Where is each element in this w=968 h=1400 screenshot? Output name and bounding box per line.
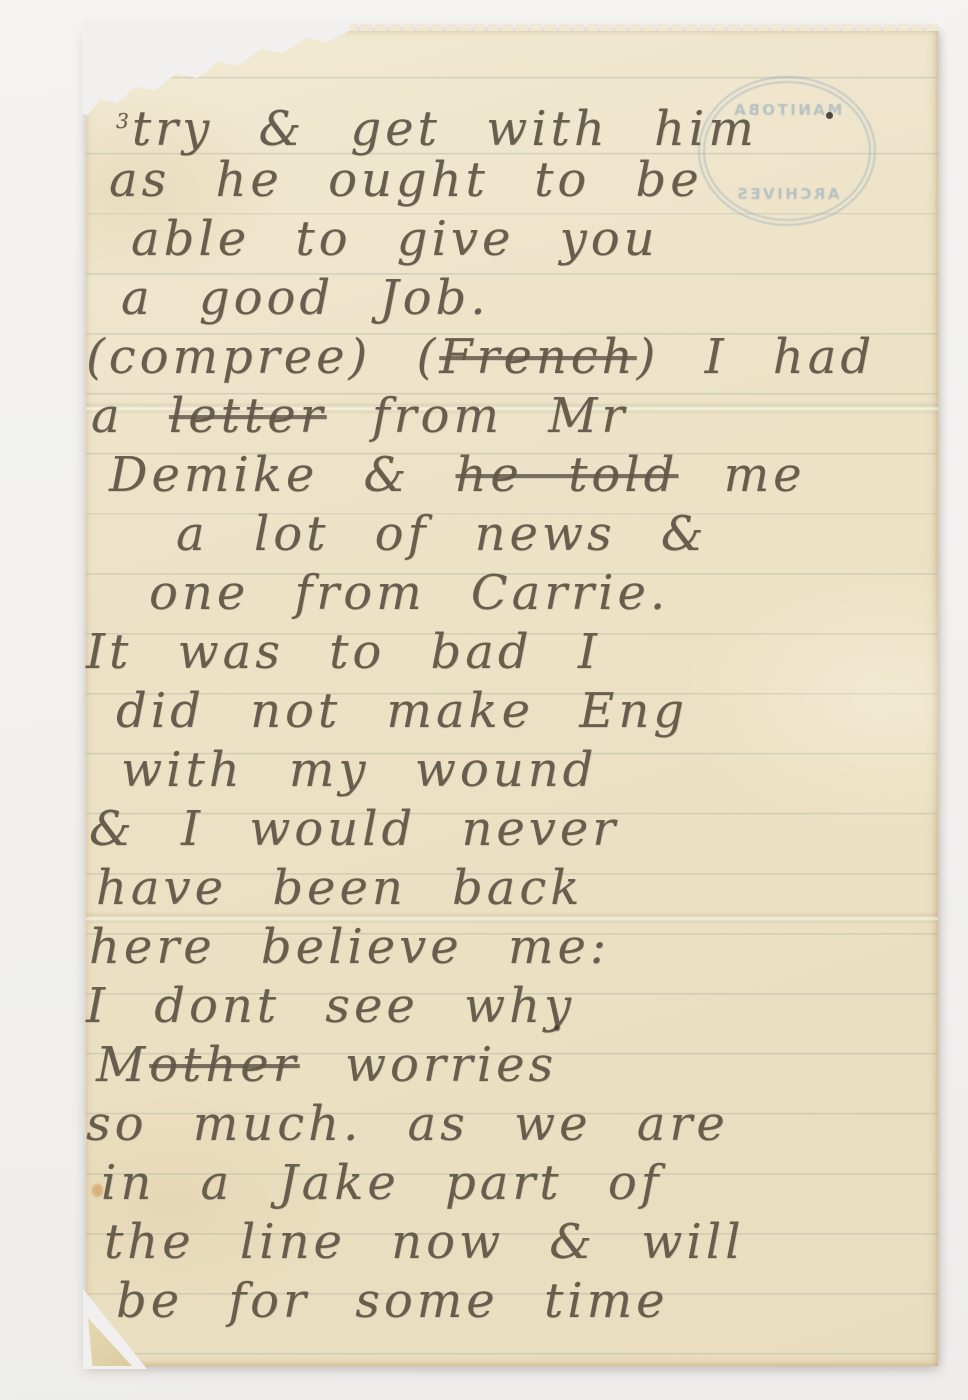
letter-text-segment: have been back bbox=[96, 860, 583, 916]
serrated-notepad-edge bbox=[338, 24, 939, 31]
letter-line: with my wound bbox=[121, 741, 938, 800]
letter-line: here believe me: bbox=[89, 918, 938, 977]
letter-text-segment: be for some time bbox=[116, 1273, 669, 1329]
letter-text-segment: a lot of news & bbox=[176, 506, 708, 562]
letter-line: the line now & will bbox=[104, 1213, 938, 1272]
letter-line: (compree) (French) I had bbox=[86, 328, 938, 387]
letter-text-segment: letter bbox=[169, 388, 327, 444]
letter-line: a lot of news & bbox=[176, 505, 938, 564]
letter-line: I dont see why bbox=[86, 977, 938, 1036]
letter-line: 3try & get with him bbox=[116, 92, 938, 151]
letter-line: & I would never bbox=[89, 800, 938, 859]
letter-line: as he ought to be bbox=[109, 151, 938, 210]
letter-text-segment: I dont see why bbox=[86, 978, 575, 1034]
letter-line: It was to bad I bbox=[86, 623, 938, 682]
letter-text-segment: worries bbox=[300, 1037, 558, 1093]
letter-text-segment: me bbox=[678, 447, 805, 503]
letter-text-segment: & I would never bbox=[89, 801, 619, 857]
letter-text-segment: (compree) ( bbox=[86, 329, 439, 385]
letter-text-segment: in a Jake part of bbox=[101, 1155, 663, 1211]
letter-text-segment: Demike & bbox=[109, 447, 456, 503]
letter-text-segment: try & get with him bbox=[132, 101, 758, 157]
letter-line: one from Carrie. bbox=[149, 564, 938, 623]
letter-line: Demike & he told me bbox=[109, 446, 938, 505]
pencil-dot bbox=[554, 1025, 560, 1031]
page-number: 3 bbox=[116, 109, 130, 133]
scan-background: MANITOBA ARCHIVES 3try & get with himas … bbox=[0, 0, 968, 1400]
letter-text-segment: other bbox=[149, 1037, 299, 1093]
letter-text-segment: so much. as we are bbox=[86, 1096, 729, 1152]
letter-text-segment: M bbox=[96, 1037, 149, 1093]
letter-text-segment: a bbox=[91, 388, 169, 444]
letter-text-segment: he told bbox=[456, 447, 679, 503]
letter-text-segment: French bbox=[439, 329, 636, 385]
letter-text-segment: It was to bad I bbox=[86, 624, 601, 680]
letter-text-segment: the line now & will bbox=[104, 1214, 744, 1270]
letter-text-segment: as he ought to be bbox=[109, 152, 703, 208]
letter-line: a good Job. bbox=[121, 269, 938, 328]
letter-line: a letter from Mr bbox=[91, 387, 938, 446]
letter-text-segment: with my wound bbox=[121, 742, 597, 798]
letter-line: be for some time bbox=[116, 1272, 938, 1331]
letter-text-segment: from Mr bbox=[327, 388, 629, 444]
letter-page: MANITOBA ARCHIVES 3try & get with himas … bbox=[86, 30, 938, 1366]
rust-spot bbox=[92, 1184, 103, 1197]
ink-spot bbox=[826, 112, 833, 119]
letter-text-segment: ) I had bbox=[637, 329, 875, 385]
letter-line: so much. as we are bbox=[86, 1095, 938, 1154]
letter-body: 3try & get with himas he ought to beable… bbox=[86, 92, 938, 1331]
letter-text-segment: a good Job. bbox=[121, 270, 490, 326]
letter-line: Mother worries bbox=[96, 1036, 938, 1095]
letter-text-segment: one from Carrie. bbox=[149, 565, 669, 621]
letter-line: did not make Eng bbox=[116, 682, 938, 741]
letter-text-segment: here believe me: bbox=[89, 919, 610, 975]
letter-line: in a Jake part of bbox=[101, 1154, 938, 1213]
letter-line: have been back bbox=[96, 859, 938, 918]
letter-text-segment: able to give you bbox=[131, 211, 659, 267]
letter-line: able to give you bbox=[131, 210, 938, 269]
letter-text-segment: did not make Eng bbox=[116, 683, 688, 739]
